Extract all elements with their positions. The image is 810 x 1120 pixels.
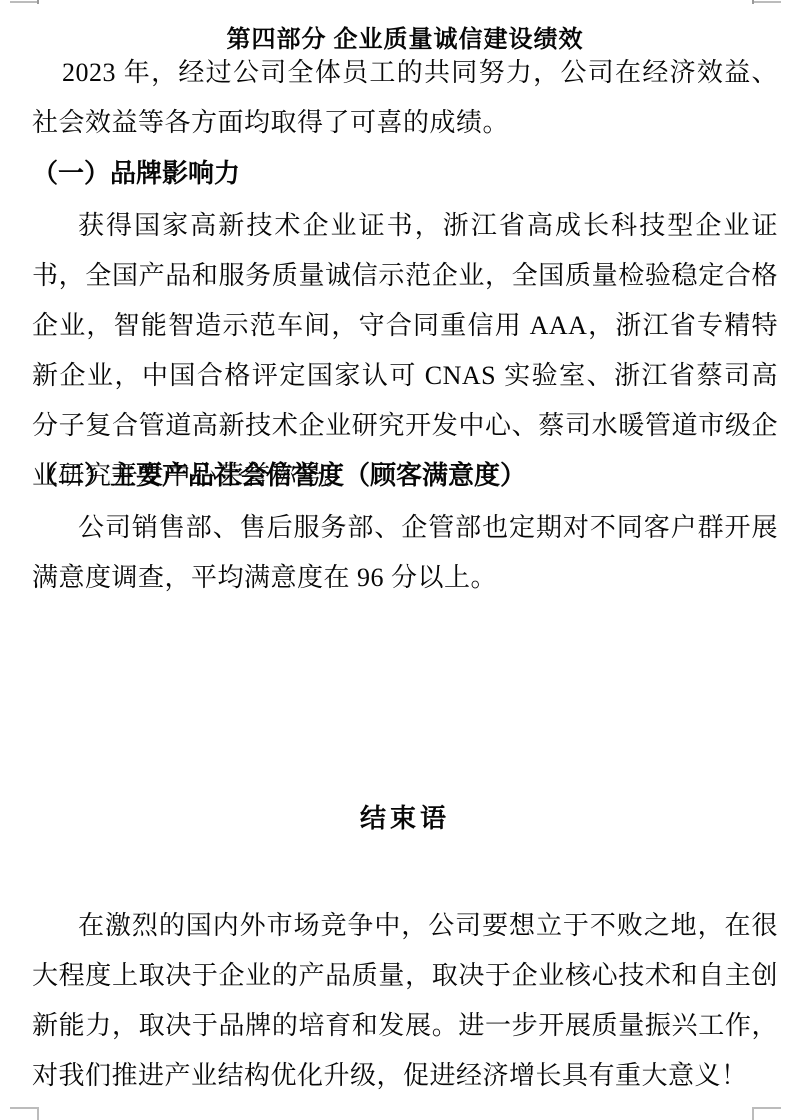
conclusion-paragraph: 在激烈的国内外市场竞争中，公司要想立于不败之地，在很大程度上取决于企业的产品质量… [32, 901, 778, 1101]
document-page: 第四部分 企业质量诚信建设绩效 2023 年，经过公司全体员工的共同努力，公司在… [0, 0, 810, 1120]
text-boundary-mark-top-left [10, 1, 38, 3]
customer-satisfaction-paragraph: 公司销售部、售后服务部、企管部也定期对不同客户群开展满意度调查，平均满意度在 9… [32, 503, 778, 603]
section-heading-brand-influence: （一）品牌影响力 [32, 149, 778, 199]
intro-paragraph: 2023 年，经过公司全体员工的共同努力，公司在经济效益、社会效益等各方面均取得… [32, 48, 778, 148]
text-boundary-tick-top-left [37, 0, 39, 4]
text-boundary-tick-bottom-right [752, 1107, 754, 1120]
text-boundary-mark-bottom-left [10, 1107, 38, 1109]
text-boundary-mark-top-right [753, 1, 781, 3]
conclusion-heading: 结束语 [0, 799, 810, 839]
text-boundary-tick-top-right [752, 0, 754, 4]
text-boundary-mark-bottom-right [753, 1107, 781, 1109]
section-heading-social-reputation: （二）主要产品社会信誉度（顾客满意度） [32, 451, 778, 501]
text-boundary-tick-bottom-left [37, 1107, 39, 1120]
